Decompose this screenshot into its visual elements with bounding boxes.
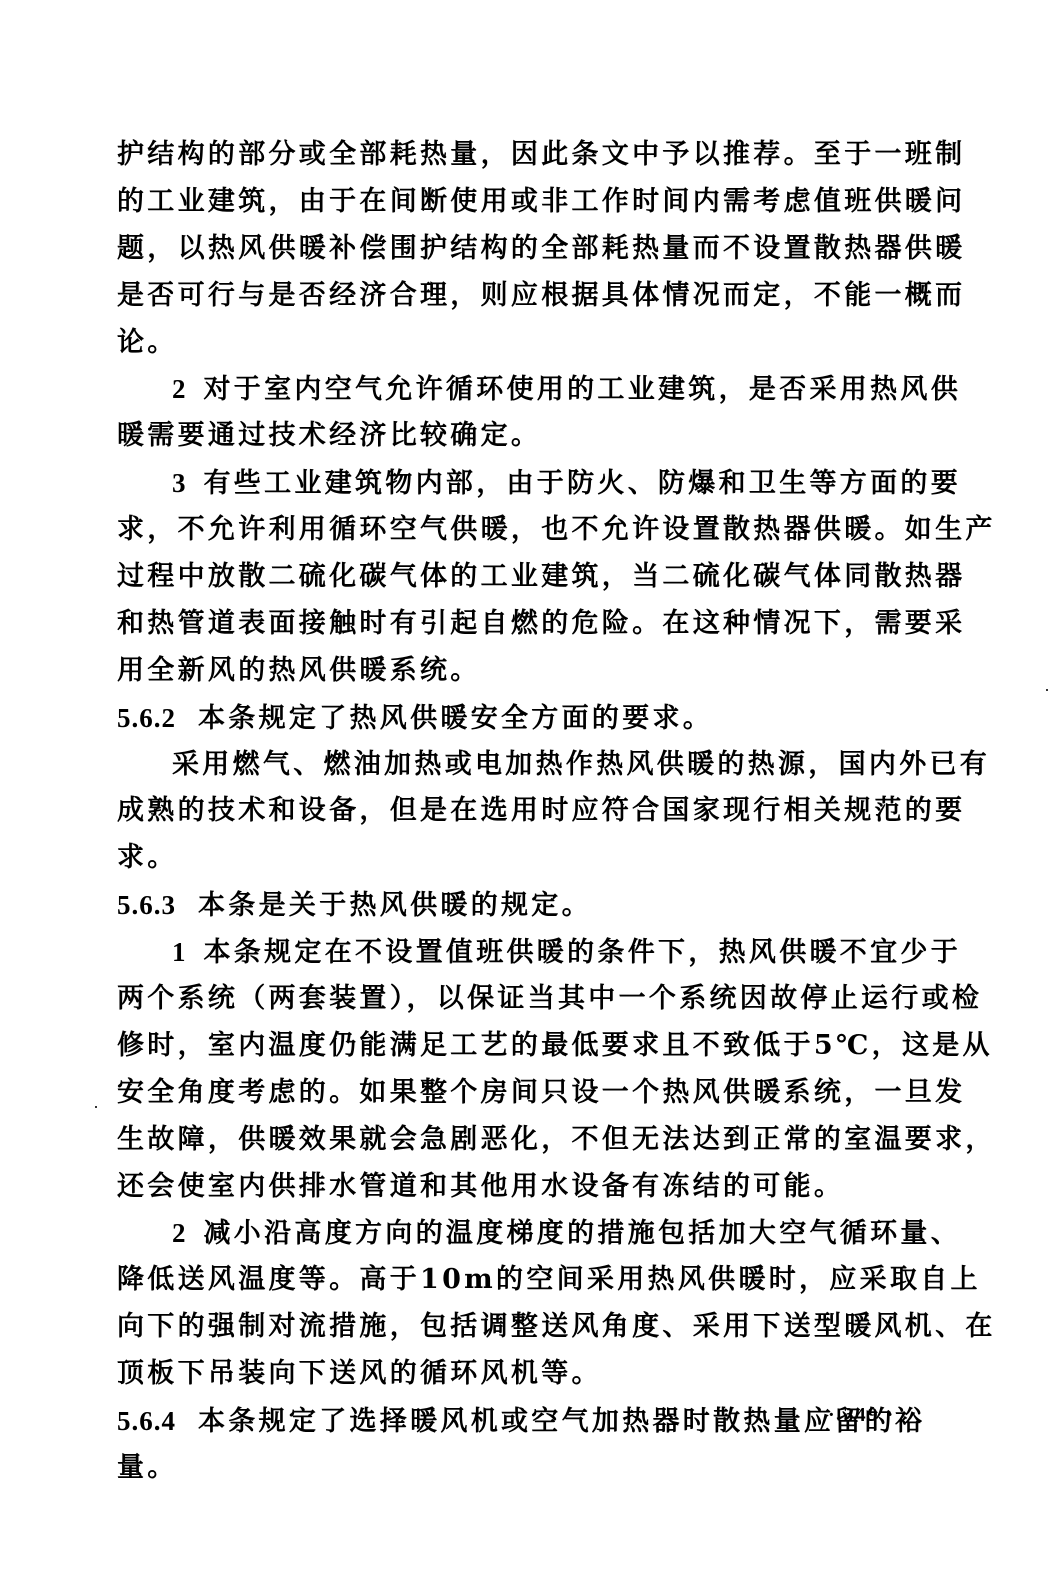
text-line: 护结构的部分或全部耗热量，因此条文中予以推荐。至于一班制 [117,132,943,179]
text-line: 本条规定在不设置值班供暖的条件下，热风供暖不宜少于 [204,937,962,968]
text-line: 两个系统（两套装置），以保证当其中一个系统因故停止运行或检 [117,976,943,1023]
text-line: 求，不允许利用循环空气供暖，也不允许设置散热器供暖。如生产 [117,507,943,554]
text-line: 量。 [117,1445,943,1492]
text-line: 暖需要通过技术经济比较确定。 [117,413,943,460]
text-line: 顶板下吊装向下送风的循环风机等。 [117,1351,943,1398]
scan-speck [1046,689,1048,691]
text-line: 向下的强制对流措施，包括调整送风角度、采用下送型暖风机、在 [117,1304,943,1351]
list-item-2: 2对于室内空气允许循环使用的工业建筑，是否采用热风供 [117,366,943,413]
section-number: 5.6.3 [117,890,176,920]
section-text: 本条是关于热风供暖的规定。 [198,890,592,921]
text-line: 和热管道表面接触时有引起自燃的危险。在这种情况下，需要采 [117,601,943,648]
text-line: 对于室内空气允许循环使用的工业建筑，是否采用热风供 [204,374,962,405]
text-line: 降低送风温度等。高于10m的空间采用热风供暖时，应采取自上 [117,1257,943,1304]
text-line: 还会使室内供排水管道和其他用水设备有冻结的可能。 [117,1164,943,1211]
text-line: 题，以热风供暖补偿围护结构的全部耗热量而不设置散热器供暖 [117,226,943,273]
section-heading-5-6-3: 5.6.3本条是关于热风供暖的规定。 [117,882,943,929]
text-line: 的工业建筑，由于在间断使用或非工作时间内需考虑值班供暖问 [117,179,943,226]
scan-speck [95,1106,97,1108]
list-item-3: 3有些工业建筑物内部，由于防火、防爆和卫生等方面的要 [117,460,943,507]
body-text: 护结构的部分或全部耗热量，因此条文中予以推荐。至于一班制 的工业建筑，由于在间断… [117,132,943,1492]
item-number: 2 [172,1218,186,1248]
text-line: 过程中放散二硫化碳气体的工业建筑，当二硫化碳气体同散热器 [117,554,943,601]
text-line: 成熟的技术和设备，但是在选用时应符合国家现行相关规范的要 [117,788,943,835]
item-number: 2 [172,374,186,404]
document-page: 护结构的部分或全部耗热量，因此条文中予以推荐。至于一班制 的工业建筑，由于在间断… [0,0,1056,1589]
text-line: 用全新风的热风供暖系统。 [117,648,943,695]
list-item-1: 1本条规定在不设置值班供暖的条件下，热风供暖不宜少于 [117,929,943,976]
text-line: 安全角度考虑的。如果整个房间只设一个热风供暖系统，一旦发 [117,1070,943,1117]
text-line: 求。 [117,835,943,882]
text-line: 修时，室内温度仍能满足工艺的最低要求且不致低于5℃，这是从 [117,1023,943,1070]
page-number: · 349 · [828,1404,895,1427]
text-line: 生故障，供暖效果就会急剧恶化，不但无法达到正常的室温要求， [117,1117,943,1164]
text-line: 论。 [117,320,943,367]
text-line: 减小沿高度方向的温度梯度的措施包括加大空气循环量、 [204,1218,962,1249]
section-heading-5-6-2: 5.6.2本条规定了热风供暖安全方面的要求。 [117,695,943,742]
section-number: 5.6.2 [117,703,176,733]
item-number: 3 [172,468,186,498]
section-text: 本条规定了选择暖风机或空气加热器时散热量应留的裕 [198,1406,925,1437]
text-line: 采用燃气、燃油加热或电加热作热风供暖的热源，国内外已有 [117,742,943,789]
section-heading-5-6-4: 5.6.4本条规定了选择暖风机或空气加热器时散热量应留的裕 [117,1398,943,1445]
section-number: 5.6.4 [117,1406,176,1436]
text-line: 是否可行与是否经济合理，则应根据具体情况而定，不能一概而 [117,273,943,320]
list-item-2b: 2减小沿高度方向的温度梯度的措施包括加大空气循环量、 [117,1210,943,1257]
text-line: 有些工业建筑物内部，由于防火、防爆和卫生等方面的要 [204,468,962,499]
item-number: 1 [172,937,186,967]
section-text: 本条规定了热风供暖安全方面的要求。 [198,703,713,734]
